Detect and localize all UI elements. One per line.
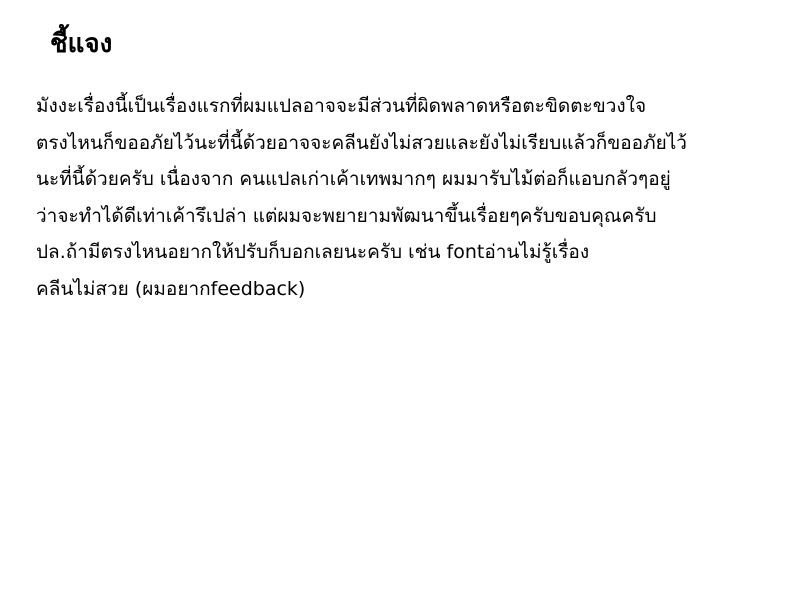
notice-body: มังงะเรื่องนี้เป็นเรื่องแรกที่ผมแปลอาจจะ… (36, 88, 800, 307)
notice-line: ปล.ถ้ามีตรงไหนอยากให้ปรับก็บอกเลยนะครับ … (36, 234, 800, 271)
page-title: ชี้แจง (50, 26, 112, 62)
notice-line: มังงะเรื่องนี้เป็นเรื่องแรกที่ผมแปลอาจจะ… (36, 88, 800, 125)
notice-line: ว่าจะทำได้ดีเท่าเค้ารึเปล่า แต่ผมจะพยายา… (36, 198, 800, 235)
notice-line: คลีนไม่สวย (ผมอยากfeedback) (36, 271, 800, 308)
notice-line: นะที่นี้ด้วยครับ เนื่องจาก คนแปลเก่าเค้า… (36, 161, 800, 198)
notice-line: ตรงไหนก็ขออภัยไว้นะที่นี้ด้วยอาจจะคลีนยั… (36, 125, 800, 162)
